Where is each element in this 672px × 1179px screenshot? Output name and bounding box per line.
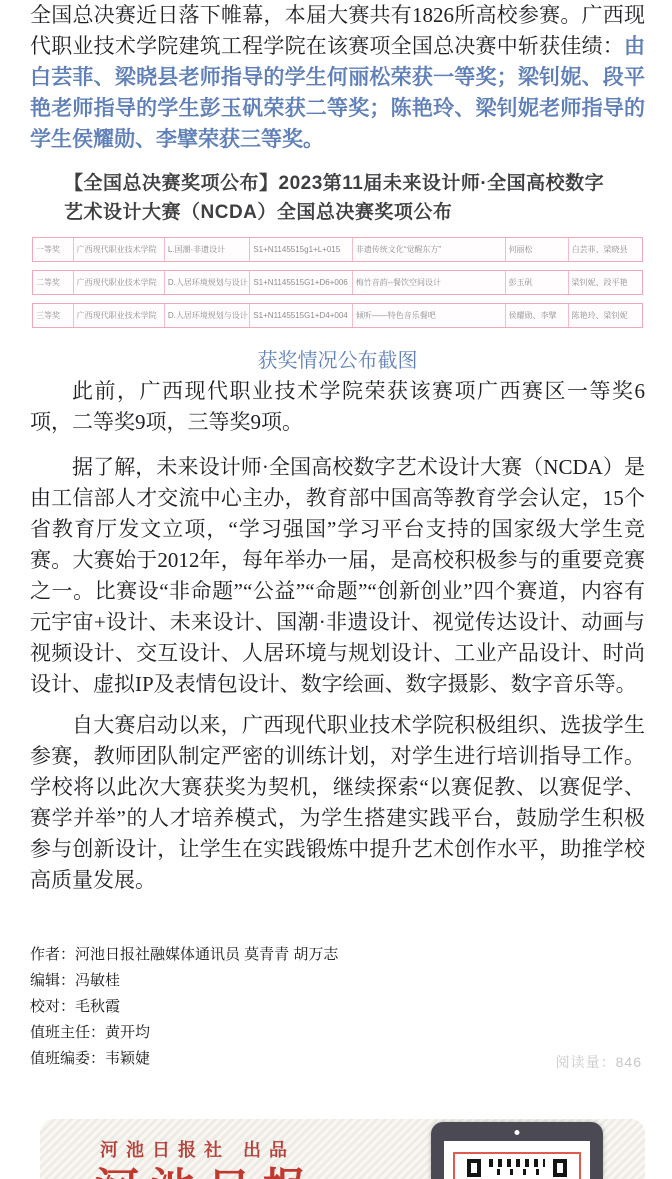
credit-duty-committee: 值班编委：韦颖婕 — [30, 1046, 645, 1072]
table-row: 一等奖 广西现代职业技术学院 L.国潮·非遗设计 S1+N1145515g1+L… — [32, 237, 643, 262]
credit-editor: 编辑：冯敏桂 — [30, 968, 645, 994]
credits-block: 作者：河池日报社融媒体通讯员 莫青青 胡万志 编辑：冯敏桂 校对：毛秋霞 值班主… — [30, 942, 645, 1072]
read-count: 阅读量：846 — [556, 1052, 642, 1072]
cell-student: 侯耀勋、李擘 — [506, 304, 569, 327]
paragraph-school-efforts: 自大赛启动以来，广西现代职业技术学院积极组织、选拔学生参赛，教师团队制定严密的训… — [30, 710, 645, 896]
cell-award-level: 三等奖 — [33, 304, 74, 327]
qr-code-pattern — [489, 1159, 545, 1177]
credit-author: 作者：河池日报社融媒体通讯员 莫青青 胡万志 — [30, 942, 645, 968]
article-page: 全国总决赛近日落下帷幕，本届大赛共有1826所高校参赛。广西现代职业技术学院建筑… — [0, 0, 672, 1179]
paragraph-competition-intro: 据了解，未来设计师·全国高校数字艺术设计大赛（NCDA）是由工信部人才交流中心主… — [30, 452, 645, 700]
table-row: 二等奖 广西现代职业技术学院 D.人居环境规划与设计 S1+N1145515G1… — [32, 270, 643, 295]
award-announcement-screenshot: 【全国总决赛奖项公布】2023第11届未来设计师·全国高校数字艺术设计大赛（NC… — [30, 169, 645, 328]
read-count-value: 846 — [616, 1054, 642, 1070]
cell-work-title: 非遗传统文化“觉醒东方” — [353, 238, 506, 261]
cell-teachers: 陈艳玲、梁钊妮 — [569, 304, 642, 327]
publisher-banner: 河池日报社 出品 河池日报 — [40, 1119, 645, 1179]
cell-school: 广西现代职业技术学院 — [74, 271, 165, 294]
cell-work-title: 梅竹音韵--餐饮空间设计 — [353, 271, 506, 294]
tablet-graphic — [431, 1122, 603, 1179]
cell-entry-code: S1+N1145515G1+D4+004 — [250, 304, 352, 327]
credit-proofreader: 校对：毛秋霞 — [30, 994, 645, 1020]
cell-category: D.人居环境规划与设计 — [165, 304, 251, 327]
article-body: 全国总决赛近日落下帷幕，本届大赛共有1826所高校参赛。广西现代职业技术学院建筑… — [0, 0, 672, 1072]
paragraph-regional-awards: 此前，广西现代职业技术学院荣获该赛项广西赛区一等奖6项，二等奖9项，三等奖9项。 — [30, 376, 645, 438]
banner-calligraphy-partial: 河池日报 — [95, 1166, 395, 1179]
cell-school: 广西现代职业技术学院 — [74, 304, 165, 327]
cell-student: 彭玉矾 — [506, 271, 569, 294]
cell-teachers: 梁钊妮、段平艳 — [569, 271, 642, 294]
tablet-camera-dot — [515, 1130, 520, 1135]
cell-entry-code: S1+N1145515g1+L+015 — [250, 238, 352, 261]
screenshot-caption: 获奖情况公布截图 — [30, 346, 645, 376]
publisher-label: 河池日报社 出品 — [100, 1136, 295, 1162]
paragraph-results-lead: 全国总决赛近日落下帷幕，本届大赛共有1826所高校参赛。广西现代职业技术学院建筑… — [30, 3, 645, 58]
cell-category: L.国潮·非遗设计 — [165, 238, 251, 261]
award-table: 一等奖 广西现代职业技术学院 L.国潮·非遗设计 S1+N1145515g1+L… — [30, 237, 645, 328]
paragraph-results: 全国总决赛近日落下帷幕，本届大赛共有1826所高校参赛。广西现代职业技术学院建筑… — [30, 0, 645, 155]
read-count-label: 阅读量： — [556, 1054, 616, 1070]
qr-code — [467, 1159, 567, 1177]
cell-teachers: 白芸菲、梁晓县 — [569, 238, 642, 261]
cell-school: 广西现代职业技术学院 — [74, 238, 165, 261]
table-row: 三等奖 广西现代职业技术学院 D.人居环境规划与设计 S1+N1145515G1… — [32, 303, 643, 328]
cell-student: 何丽松 — [506, 238, 569, 261]
announcement-heading: 【全国总决赛奖项公布】2023第11届未来设计师·全国高校数字艺术设计大赛（NC… — [64, 169, 605, 227]
credit-duty-director: 值班主任：黄开均 — [30, 1020, 645, 1046]
cell-work-title: 倾听——特色音乐餐吧 — [353, 304, 506, 327]
cell-award-level: 二等奖 — [33, 271, 74, 294]
qr-frame — [453, 1152, 581, 1179]
cell-category: D.人居环境规划与设计 — [165, 271, 251, 294]
tablet-screen — [444, 1141, 590, 1179]
cell-entry-code: S1+N1145515G1+D6+006 — [250, 271, 352, 294]
cell-award-level: 一等奖 — [33, 238, 74, 261]
